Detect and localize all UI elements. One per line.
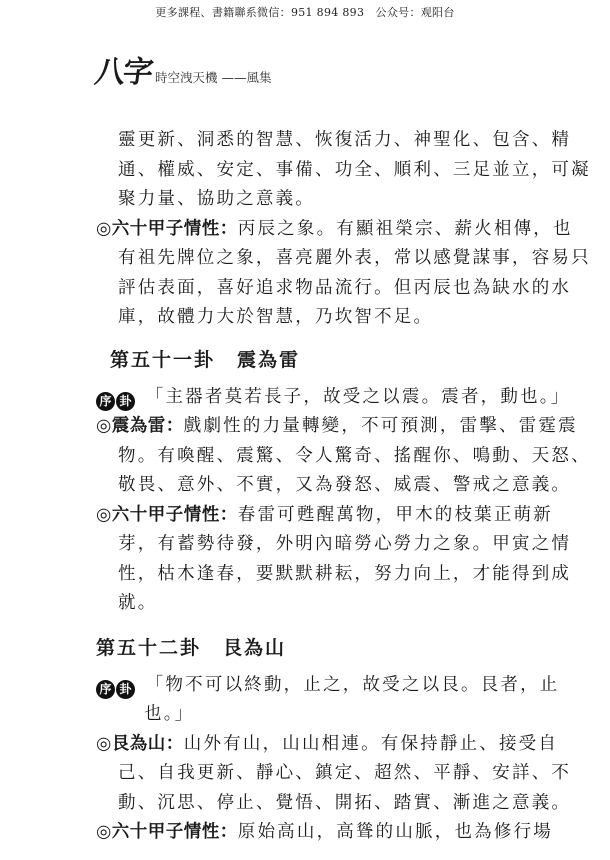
text-line: 就。 (96, 589, 566, 619)
page-content: 靈更新、洞悉的智慧、恢復活力、神聖化、包含、精 通、權威、安定、事備、功全、順利… (96, 126, 566, 848)
text-line: 丙辰之象。有顯祖榮宗、薪火相傳，也 (238, 219, 573, 239)
text-line: 己、自我更新、靜心、鎮定、超然、平靜、安詳、不 (96, 759, 566, 789)
quote-line: 也。」 (96, 700, 566, 730)
hexagram-section-52: 第五十二卦艮為山 序卦 「物不可以終動，止之，故受之以艮。艮者，止 也。」 ◎艮… (96, 633, 566, 848)
text-line: 靈更新、洞悉的智慧、恢復活力、神聖化、包含、精 (96, 126, 566, 156)
sixty-label: ◎六十甲子情性： (96, 822, 238, 842)
text-line: 戲劇性的力量轉變，不可預測，雷擊、雷霆震 (184, 416, 578, 436)
quote-line: 「物不可以終動，止之，故受之以艮。艮者，止 (146, 675, 560, 695)
text-line: 敬畏、意外、不實，又為發怒、威震、警戒之意義。 (96, 471, 566, 501)
text-line: 春雷可甦醒萬物，甲木的枝葉正萌新 (238, 505, 553, 525)
text-line: 庫，故體力大於智慧，乃坎智不足。 (96, 303, 566, 333)
text-line: 芽，有蓄勢待發，外明內暗勞心勞力之象。甲寅之情 (96, 530, 566, 560)
contact-banner: 更多課程、書籍聯系微信：951 894 893 公众号：观阳台 (0, 4, 610, 20)
sixty-label: ◎六十甲子情性： (96, 505, 238, 525)
hexagram-number: 第五十二卦 (96, 637, 201, 659)
xugua-badge-icon: 序卦 (96, 680, 136, 699)
book-logo: 八字 (93, 58, 153, 88)
hexagram-name: 震為雷 (237, 349, 300, 371)
page-header: 八字 時空洩天機 ——風集 (95, 58, 271, 88)
xugua-badge-icon: 序卦 (96, 392, 136, 411)
text-line: 物。有喚醒、震驚、令人驚奇、搖醒你、鳴動、天怒、 (96, 442, 566, 472)
text-line: 動、沉思、停止、覺悟、開拓、踏實、漸進之意義。 (96, 789, 566, 819)
sixty-label: ◎六十甲子情性： (96, 219, 238, 239)
text-line: 山外有山，山山相連。有保持靜止、接受自 (184, 734, 558, 754)
text-line: 通、權威、安定、事備、功全、順利、三足並立，可凝 (96, 156, 566, 186)
intro-paragraph: 靈更新、洞悉的智慧、恢復活力、神聖化、包含、精 通、權威、安定、事備、功全、順利… (96, 126, 566, 215)
meaning-label: ◎震為雷： (96, 416, 184, 436)
hexagram-number: 第五十一卦 (110, 349, 215, 371)
hexagram-section-51: 第五十一卦震為雷 序卦 「主器者莫若長子，故受之以震。震者，動也。」 ◎震為雷：… (96, 345, 566, 619)
text-line: 原始高山，高聳的山脈，也為修行場 (238, 822, 553, 842)
meaning-label: ◎艮為山： (96, 734, 184, 754)
section-heading: 第五十二卦艮為山 (96, 633, 566, 663)
hexagram-name: 艮為山 (223, 637, 286, 659)
book-subtitle: 時空洩天機 ——風集 (155, 68, 271, 86)
text-line: 聚力量、協助之意義。 (96, 185, 566, 215)
prev-sixty-paragraph: ◎六十甲子情性：丙辰之象。有顯祖榮宗、薪火相傳，也 有祖先牌位之象，喜亮麗外表，… (96, 215, 566, 333)
quote-line: 「主器者莫若長子，故受之以震。震者，動也。」 (146, 387, 571, 407)
text-line: 性，枯木逢春，要默默耕耘，努力向上，才能得到成 (96, 560, 566, 590)
section-heading: 第五十一卦震為雷 (96, 345, 566, 375)
text-line: 評估表面，喜好追求物品流行。但丙辰也為缺水的水 (96, 274, 566, 304)
text-line: 有祖先牌位之象，喜亮麗外表，常以感覺謀事，容易只 (96, 244, 566, 274)
